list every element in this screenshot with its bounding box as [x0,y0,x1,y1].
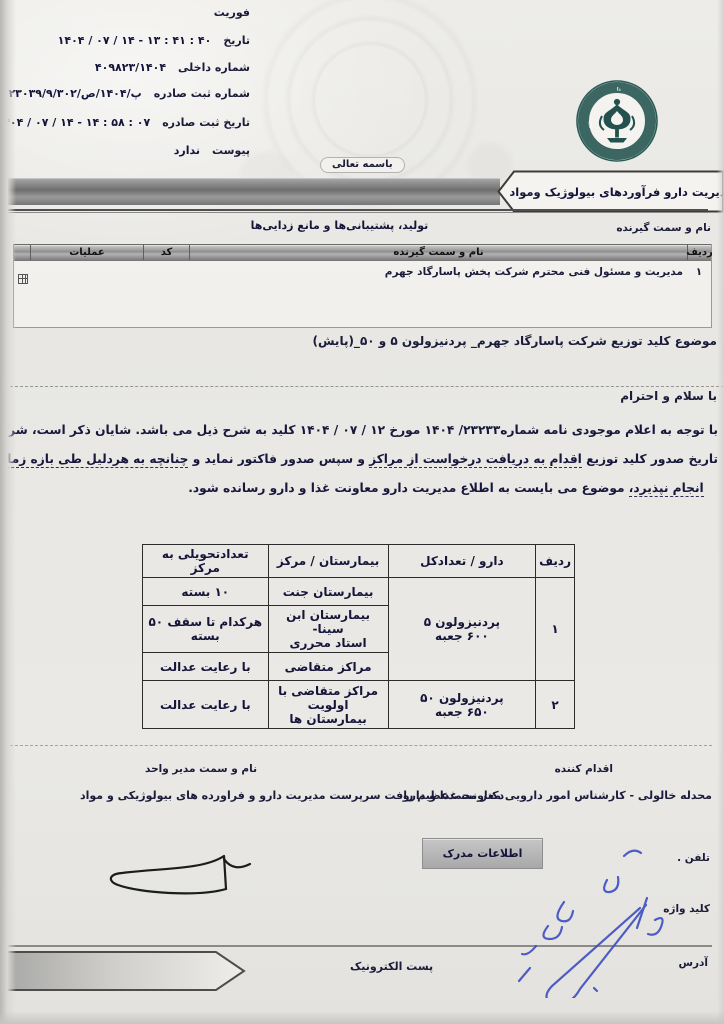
table-row: ۱ پردنیزولون ۵ ۶۰۰ جعبه بیمارستان جنت ۱۰… [143,578,575,606]
scanned-letter-page: فوریت تاریخ ۱۴۰۴ / ۰۷ / ۱۴ - ۱۳ : ۴۱ : ۴… [0,0,724,1024]
header-double-rule [8,209,708,213]
body-line-2-mid: و سپس صدور فاکتور نماید و [188,452,369,466]
dist-g1-r3-qty: با رعایت عدالت [143,653,269,681]
recipient-col-select [15,245,30,260]
recipient-row-select [15,266,30,287]
recipient-table-header: ردیف نام و سمت گیرنده کد عملیات [14,244,711,261]
meta-outgoing-no-row: شماره ثبت صادره ۲۳۰۳۹/۹/۳۰۲/پ/۱۴۰۴/ص [8,87,250,116]
body-line-3: انجام نپذیرد، موضوع می بایست به اطلاع مد… [94,481,724,495]
dist-g1-r2-center-line1: بیمارستان ابن سینا- [272,608,385,636]
dist-g1-drug-qty: ۶۰۰ جعبه [392,629,532,643]
meta-outgoing-date-row: تاریخ ثبت صادره ۱۴۰۴ / ۰۷ / ۱۴ - ۱۴ : ۵۸… [8,116,250,144]
body-line-2-underlined-2: چنانچه به هردلیل طی بازه زمانی حداکثر۷ ر… [0,452,188,468]
footer-divider [0,745,712,746]
scan-edge-left [0,0,16,1024]
subject-line: موضوع کلید توزیع شرکت پاسارگاد جهرم_ پرد… [312,334,717,348]
body-line-3-underlined: انجام نپذیرد، [629,481,704,497]
recipient-table: ردیف نام و سمت گیرنده کد عملیات ۱ مدیریت… [13,244,712,328]
besmele-cloud: باسمه تعالی [320,157,405,173]
distribution-table: ردیف دارو / تعدادکل بیمارستان / مرکز تعد… [142,544,575,729]
date-label: تاریخ [223,34,250,47]
outgoing-no-value: ۲۳۰۳۹/۹/۳۰۲/پ/۱۴۰۴/ص [8,87,141,100]
dist-g2-center: مراکز متقاضی با اولویت بیمارستان ها [268,681,388,729]
recipient-row-ops [30,266,143,287]
dist-g2-center-line2: بیمارستان ها [272,712,385,726]
dist-g1-index: ۱ [536,578,575,681]
recipient-col-code: کد [143,245,189,260]
header-banner-bar [8,178,500,205]
dist-col-drug: دارو / تعدادکل [388,545,535,578]
internal-no-value: ۴۰۹۸۲۳/۱۴۰۴ [95,61,166,74]
manager-name: دکتر محمدعظیم رافت سرپرست مدیریت دارو و … [80,789,504,802]
attachment-value: ندارد [174,144,200,157]
meta-attachment-row: پیوست ندارد [8,144,250,170]
dist-g1-r1-qty: ۱۰ بسته [143,578,269,606]
university-emblem-icon: دانشگاه علوم پزشکی و خدمات بهداشتی درمان… [574,78,660,164]
outgoing-date-value: ۱۴۰۴ / ۰۷ / ۱۴ - ۱۴ : ۵۸ : ۰۷ [0,116,150,129]
manager-label: نام و سمت مدیر واحد [145,763,257,775]
keyword-label: کلید واژه [663,903,710,915]
recipient-section-label: نام و سمت گیرنده [616,222,711,234]
date-value: ۱۴۰۴ / ۰۷ / ۱۴ - ۱۳ : ۴۱ : ۴۰ [58,34,212,47]
recipient-row-index: ۱ [687,266,711,287]
year-slogan: تولید، پشتیبانی‌ها و مانع زدایی‌ها [232,219,447,232]
attachment-label: پیوست [212,144,250,157]
dist-g2-center-line1: مراکز متقاضی با اولویت [272,684,385,712]
meta-internal-no-row: شماره داخلی ۴۰۹۸۲۳/۱۴۰۴ [8,61,250,87]
recipient-col-ops: عملیات [30,245,143,260]
table-row: ۲ پردنیزولون ۵۰ ۶۵۰ جعبه مراکز متقاضی با… [143,681,575,729]
dist-g1-r1-center: بیمارستان جنت [268,578,388,606]
dist-g2-qty: با رعایت عدالت [143,681,269,729]
dist-g2-drug: پردنیزولون ۵۰ ۶۵۰ جعبه [388,681,535,729]
internal-no-label: شماره داخلی [178,61,250,74]
dist-g1-r2-qty: هرکدام تا سقف ۵۰ بسته [143,606,269,653]
footer-arrow-banner [2,949,248,997]
body-line-2-underlined-1: اقدام به دریافت درخواست از مراکز [369,452,582,468]
grid-icon[interactable] [18,274,28,284]
dist-col-index: ردیف [536,545,575,578]
letter-meta-block: فوریت تاریخ ۱۴۰۴ / ۰۷ / ۱۴ - ۱۳ : ۴۱ : ۴… [8,6,250,170]
outgoing-no-label: شماره ثبت صادره [154,87,250,100]
dist-g2-drug-name: پردنیزولون ۵۰ [392,691,532,705]
handwritten-signature-black [98,844,258,904]
divider-rule [0,386,724,387]
dist-g2-index: ۲ [536,681,575,729]
dist-g1-drug-name: پردنیزولون ۵ [392,615,532,629]
distribution-table-header: ردیف دارو / تعدادکل بیمارستان / مرکز تعد… [143,545,575,578]
meta-date-row: تاریخ ۱۴۰۴ / ۰۷ / ۱۴ - ۱۳ : ۴۱ : ۴۰ [8,34,250,61]
department-banner-label: مدیریت دارو فرآوردهای بیولوژیک ومواد [521,170,722,213]
footer-arrow-shape [3,952,244,990]
dist-g1-r2-center-line2: استاد محرری [272,636,385,650]
handwritten-note-blue [512,840,664,1002]
dist-col-center: بیمارستان / مرکز [268,545,388,578]
scan-edge-bottom [0,1011,724,1024]
actor-label: اقدام کننده [555,763,613,775]
recipient-col-index: ردیف [687,245,711,260]
body-line-2-pre: تاریخ صدور کلید توزیع [582,452,718,466]
dist-g1-drug: پردنیزولون ۵ ۶۰۰ جعبه [388,578,535,681]
body-line-2: تاریخ صدور کلید توزیع اقدام به دریافت در… [14,452,718,466]
recipient-row-name: مدیریت و مسئول فنی محترم شرکت پخش پاسارگ… [189,266,687,287]
recipient-col-name: نام و سمت گیرنده [189,245,687,260]
meta-urgency-row: فوریت [8,6,250,34]
phone-label: تلفن . [677,852,710,864]
body-line-1: با توجه به اعلام موجودی نامه شماره۲۳۲۳۳/… [14,423,718,437]
email-label: پست الکترونیک [350,960,433,973]
recipient-row-code [143,266,189,287]
salutation: با سلام و احترام [620,389,717,403]
outgoing-date-label: تاریخ ثبت صادره [162,116,250,129]
body-line-3-rest: موضوع می بایست به اطلاع مدیریت دارو معاو… [188,481,629,495]
recipient-row: ۱ مدیریت و مسئول فنی محترم شرکت پخش پاسا… [14,261,711,287]
scan-edge-right [717,0,724,1024]
address-label: آدرس [678,957,708,969]
dist-g2-drug-qty: ۶۵۰ جعبه [392,705,532,719]
dist-col-qty: تعدادتحویلی به مرکز [143,545,269,578]
urgency-label: فوریت [214,6,250,19]
dist-g1-r2-center: بیمارستان ابن سینا- استاد محرری [268,606,388,653]
department-banner: مدیریت دارو فرآوردهای بیولوژیک ومواد [497,170,724,213]
dist-g1-r3-center: مراکز متقاضی [268,653,388,681]
